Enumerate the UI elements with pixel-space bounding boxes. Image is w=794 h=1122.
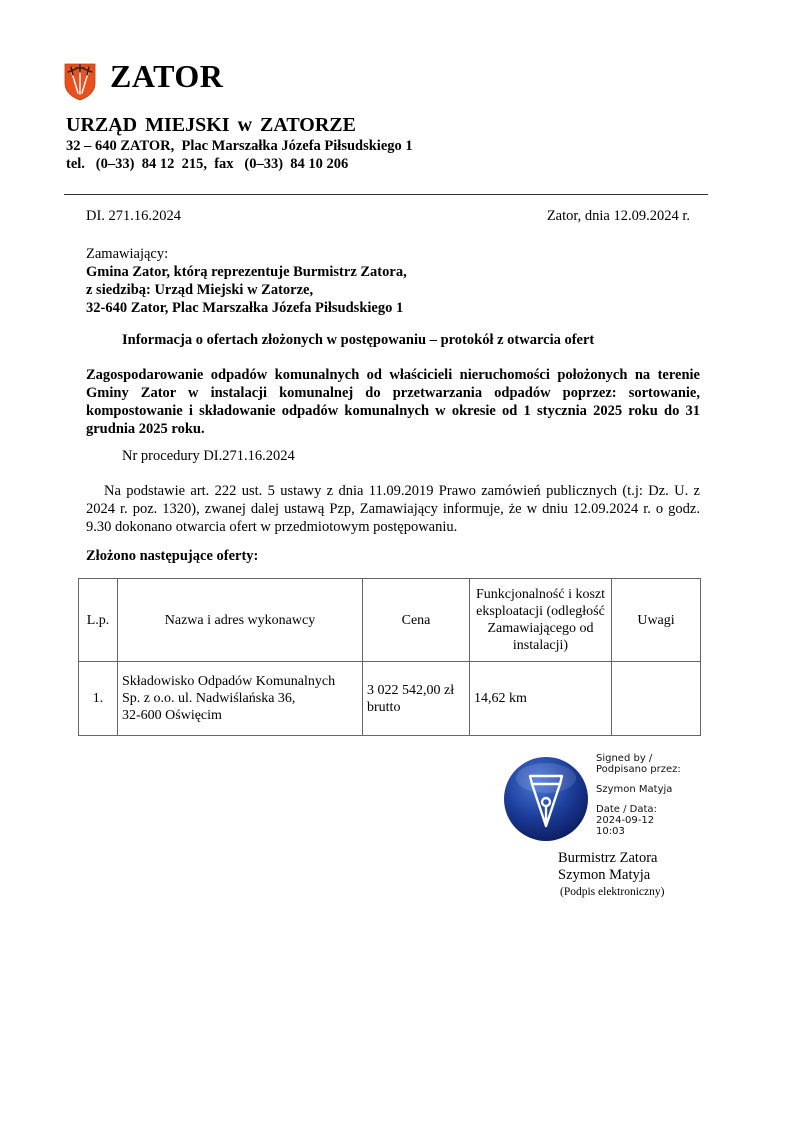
client-line-1: Gmina Zator, którą reprezentuje Burmistr… bbox=[86, 263, 407, 281]
signatory-note: (Podpis elektroniczny) bbox=[558, 884, 664, 901]
procurement-subject: Zagospodarowanie odpadów komunalnych od … bbox=[86, 366, 700, 438]
brand-name: ZATOR bbox=[110, 58, 223, 95]
table-row: 1. Składowisko Odpadów Komunalnych Sp. z… bbox=[79, 662, 701, 736]
signature-date: 2024-09-12 bbox=[596, 815, 681, 826]
legal-basis-paragraph: Na podstawie art. 222 ust. 5 ustawy z dn… bbox=[86, 482, 700, 536]
signatory-role: Burmistrz Zatora bbox=[558, 850, 664, 867]
place-date: Zator, dnia 12.09.2024 r. bbox=[547, 208, 690, 225]
client-line-3: 32-640 Zator, Plac Marszałka Józefa Piłs… bbox=[86, 299, 407, 317]
cell-function: 14,62 km bbox=[470, 662, 612, 736]
office-address: 32 – 640 ZATOR, Plac Marszałka Józefa Pi… bbox=[66, 138, 413, 155]
date-label: Date / Data: bbox=[596, 804, 681, 815]
client-line-2: z siedzibą: Urząd Miejski w Zatorze, bbox=[86, 281, 407, 299]
signer-name: Szymon Matyja bbox=[596, 784, 681, 795]
signature-metadata: Signed by / Podpisano przez: Szymon Maty… bbox=[596, 753, 681, 837]
cell-name: Składowisko Odpadów Komunalnych Sp. z o.… bbox=[118, 662, 363, 736]
client-block: Zamawiający: Gmina Zator, którą reprezen… bbox=[86, 245, 407, 317]
signed-by-label-pl: Podpisano przez: bbox=[596, 764, 681, 775]
header-divider bbox=[64, 194, 708, 195]
table-header-row: L.p. Nazwa i adres wykonawcy Cena Funkcj… bbox=[79, 579, 701, 662]
signed-by-label: Signed by / bbox=[596, 753, 681, 764]
header-price: Cena bbox=[363, 579, 470, 662]
header-name: Nazwa i adres wykonawcy bbox=[118, 579, 363, 662]
signature-time: 10:03 bbox=[596, 826, 681, 837]
reference-number: DI. 271.16.2024 bbox=[86, 208, 181, 225]
signatory-name: Szymon Matyja bbox=[558, 867, 664, 884]
header-function: Funkcjonalność i koszt eksploatacji (odl… bbox=[470, 579, 612, 662]
cell-notes bbox=[612, 662, 701, 736]
header-notes: Uwagi bbox=[612, 579, 701, 662]
cell-price: 3 022 542,00 zł brutto bbox=[363, 662, 470, 736]
office-name: URZĄD MIEJSKI w ZATORZE bbox=[66, 114, 356, 137]
fountain-pen-nib-icon bbox=[503, 756, 589, 842]
offers-table: L.p. Nazwa i adres wykonawcy Cena Funkcj… bbox=[78, 578, 701, 736]
client-label: Zamawiający: bbox=[86, 245, 407, 263]
contractor-name-line-2: Sp. z o.o. ul. Nadwiślańska 36, bbox=[122, 690, 358, 707]
cell-lp: 1. bbox=[79, 662, 118, 736]
offers-heading: Złożono następujące oferty: bbox=[86, 548, 258, 565]
zator-coat-of-arms-icon bbox=[64, 63, 96, 101]
document-title: Informacja o ofertach złożonych w postęp… bbox=[122, 332, 594, 349]
contractor-name-line-3: 32-600 Oświęcim bbox=[122, 707, 358, 724]
procedure-number: Nr procedury DI.271.16.2024 bbox=[122, 448, 295, 465]
contractor-name-line-1: Składowisko Odpadów Komunalnych bbox=[122, 673, 358, 690]
signatory-block: Burmistrz Zatora Szymon Matyja (Podpis e… bbox=[558, 850, 664, 901]
office-phone: tel. (0–33) 84 12 215, fax (0–33) 84 10 … bbox=[66, 156, 348, 173]
header-lp: L.p. bbox=[79, 579, 118, 662]
